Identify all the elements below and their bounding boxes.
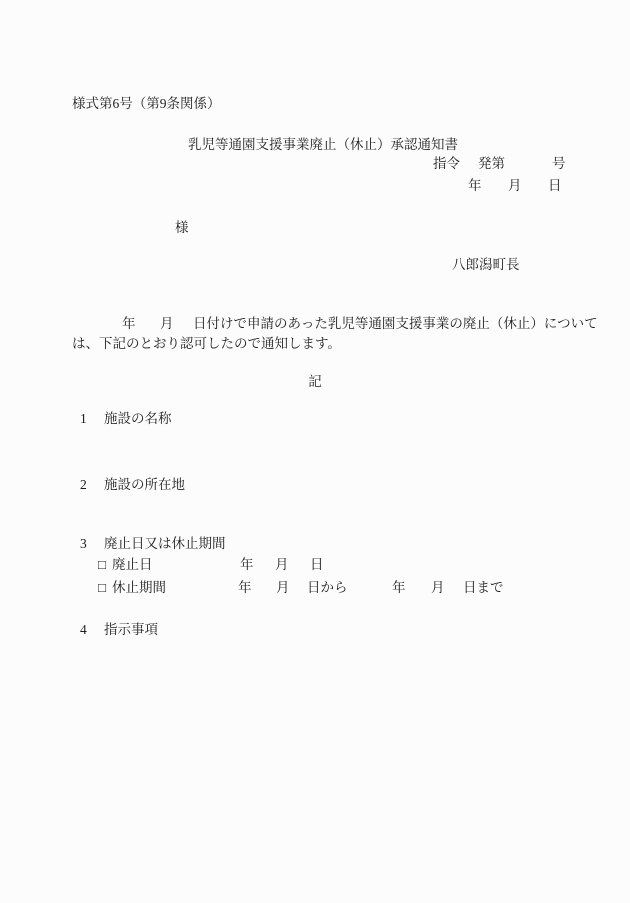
body-line-1-text: 日付けで申請のあった乳児等通園支援事業の廃止（休止）について [193, 315, 598, 333]
issue-date-year-label: 年 [468, 177, 482, 195]
item-1: 1 施設の名称 [0, 410, 630, 428]
abolition-date-row: □ 廃止日 年 月 日 [0, 556, 630, 574]
item-2-number: 2 [80, 476, 87, 494]
suspension-month-from-label: 月 [276, 579, 290, 597]
item-4: 4 指示事項 [0, 621, 630, 639]
item-2-label: 施設の所在地 [104, 476, 185, 494]
record-marker: 記 [0, 373, 630, 391]
suspension-checkbox-icon[interactable]: □ [98, 579, 106, 597]
abolition-month-label: 月 [275, 556, 289, 574]
item-1-label: 施設の名称 [104, 410, 172, 428]
addressee-honorific: 様 [175, 219, 189, 237]
issue-date-day-label: 日 [548, 177, 562, 195]
body-line-2: は、下記のとおり認可したので通知します。 [72, 335, 341, 353]
item-4-number: 4 [80, 621, 87, 639]
item-3-label: 廃止日又は休止期間 [104, 535, 226, 553]
suspension-period-label: 休止期間 [112, 579, 166, 597]
issue-number-suffix: 号 [552, 155, 566, 173]
application-date-year-label: 年 [122, 315, 136, 333]
item-4-label: 指示事項 [104, 621, 158, 639]
suspension-year-from-label: 年 [238, 579, 252, 597]
abolition-checkbox-icon[interactable]: □ [98, 556, 106, 574]
body-line-1: 年 月 日付けで申請のあった乳児等通園支援事業の廃止（休止）について [0, 315, 630, 333]
issue-date-line: 年 月 日 [0, 177, 630, 195]
abolition-year-label: 年 [240, 556, 254, 574]
suspension-year-to-label: 年 [392, 579, 406, 597]
item-3: 3 廃止日又は休止期間 [0, 535, 630, 553]
item-3-number: 3 [80, 535, 87, 553]
abolition-date-label: 廃止日 [112, 556, 153, 574]
suspension-period-row: □ 休止期間 年 月 日から 年 月 日まで [0, 579, 630, 597]
document-title: 乳児等通園支援事業廃止（休止）承認通知書 [188, 136, 458, 154]
form-number: 様式第6号（第9条関係） [72, 95, 221, 113]
issue-date-month-label: 月 [508, 177, 522, 195]
document-page: 様式第6号（第9条関係） 乳児等通園支援事業廃止（休止）承認通知書 指令 発第 … [0, 0, 630, 903]
issue-number-prefix: 発第 [478, 155, 505, 173]
suspension-day-from-label: 日から [307, 579, 348, 597]
item-2: 2 施設の所在地 [0, 476, 630, 494]
abolition-day-label: 日 [310, 556, 324, 574]
item-1-number: 1 [80, 410, 87, 428]
directive-label: 指令 [433, 155, 460, 173]
issuer-name: 八郎潟町長 [452, 256, 520, 274]
suspension-month-to-label: 月 [431, 579, 445, 597]
suspension-day-to-label: 日まで [463, 579, 504, 597]
directive-number-line: 指令 発第 号 [0, 155, 630, 173]
application-date-month-label: 月 [160, 315, 174, 333]
